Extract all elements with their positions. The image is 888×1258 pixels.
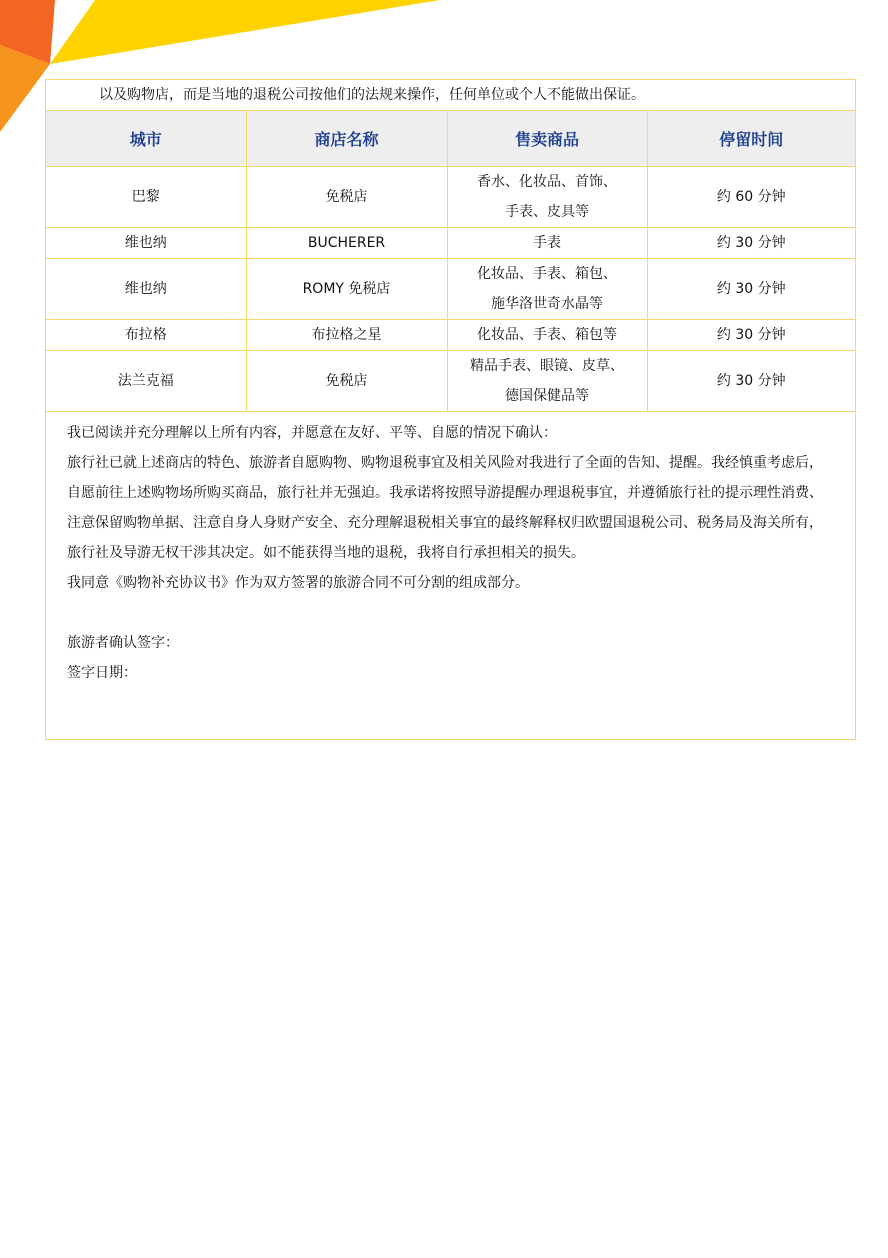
cell-city: 维也纳 [46,228,246,259]
agreement-sheet: 以及购物店，而是当地的退税公司按他们的法规来操作，任何单位或个人不能做出保证。 … [45,79,856,740]
cell-stay: 约 30 分钟 [647,351,855,412]
cell-goods: 精品手表、眼镜、皮草、 德国保健品等 [447,351,647,412]
cell-city: 法兰克福 [46,351,246,412]
header-shop-name: 商店名称 [246,111,447,167]
date-label: 签字日期： [67,658,835,688]
confirmation-section: 我已阅读并充分理解以上所有内容，并愿意在友好、平等、自愿的情况下确认： 旅行社已… [46,412,855,688]
cell-shop: 免税店 [246,351,447,412]
header-stay-time: 停留时间 [647,111,855,167]
cell-stay: 约 30 分钟 [647,228,855,259]
goods-line: 化妆品、手表、箱包、 [448,259,647,289]
signature-label: 旅游者确认签字： [67,628,835,658]
cell-shop: 布拉格之星 [246,320,447,351]
table-row: 巴黎 免税店 香水、化妆品、首饰、 手表、皮具等 约 60 分钟 [46,167,855,228]
spacer [67,598,835,628]
goods-line: 施华洛世奇水晶等 [448,289,647,319]
cell-shop: 免税店 [246,167,447,228]
cell-stay: 约 60 分钟 [647,167,855,228]
table-header-row: 城市 商店名称 售卖商品 停留时间 [46,111,855,167]
cell-goods: 手表 [447,228,647,259]
header-city: 城市 [46,111,246,167]
shop-table: 城市 商店名称 售卖商品 停留时间 巴黎 免税店 香水、化妆品、首饰、 手表、皮… [46,111,855,412]
confirmation-paragraph: 旅行社已就上述商店的特色、旅游者自愿购物、购物退税事宜及相关风险对我进行了全面的… [67,448,835,568]
cell-stay: 约 30 分钟 [647,259,855,320]
cell-goods: 香水、化妆品、首饰、 手表、皮具等 [447,167,647,228]
cell-city: 布拉格 [46,320,246,351]
cell-city: 维也纳 [46,259,246,320]
goods-line: 手表、皮具等 [448,197,647,227]
goods-line: 香水、化妆品、首饰、 [448,167,647,197]
cell-goods: 化妆品、手表、箱包、 施华洛世奇水晶等 [447,259,647,320]
confirmation-intro: 我已阅读并充分理解以上所有内容，并愿意在友好、平等、自愿的情况下确认： [67,418,835,448]
cell-city: 巴黎 [46,167,246,228]
cell-goods: 化妆品、手表、箱包等 [447,320,647,351]
cell-shop: ROMY 免税店 [246,259,447,320]
cell-shop: BUCHERER [246,228,447,259]
table-row: 维也纳 ROMY 免税店 化妆品、手表、箱包、 施华洛世奇水晶等 约 30 分钟 [46,259,855,320]
header-goods: 售卖商品 [447,111,647,167]
goods-line: 德国保健品等 [448,381,647,411]
yellow-shard [50,0,440,64]
cell-stay: 约 30 分钟 [647,320,855,351]
table-row: 维也纳 BUCHERER 手表 约 30 分钟 [46,228,855,259]
agreement-statement: 我同意《购物补充协议书》作为双方签署的旅游合同不可分割的组成部分。 [67,568,835,598]
table-row: 布拉格 布拉格之星 化妆品、手表、箱包等 约 30 分钟 [46,320,855,351]
table-row: 法兰克福 免税店 精品手表、眼镜、皮草、 德国保健品等 约 30 分钟 [46,351,855,412]
intro-line: 以及购物店，而是当地的退税公司按他们的法规来操作，任何单位或个人不能做出保证。 [46,80,855,111]
goods-line: 精品手表、眼镜、皮草、 [448,351,647,381]
